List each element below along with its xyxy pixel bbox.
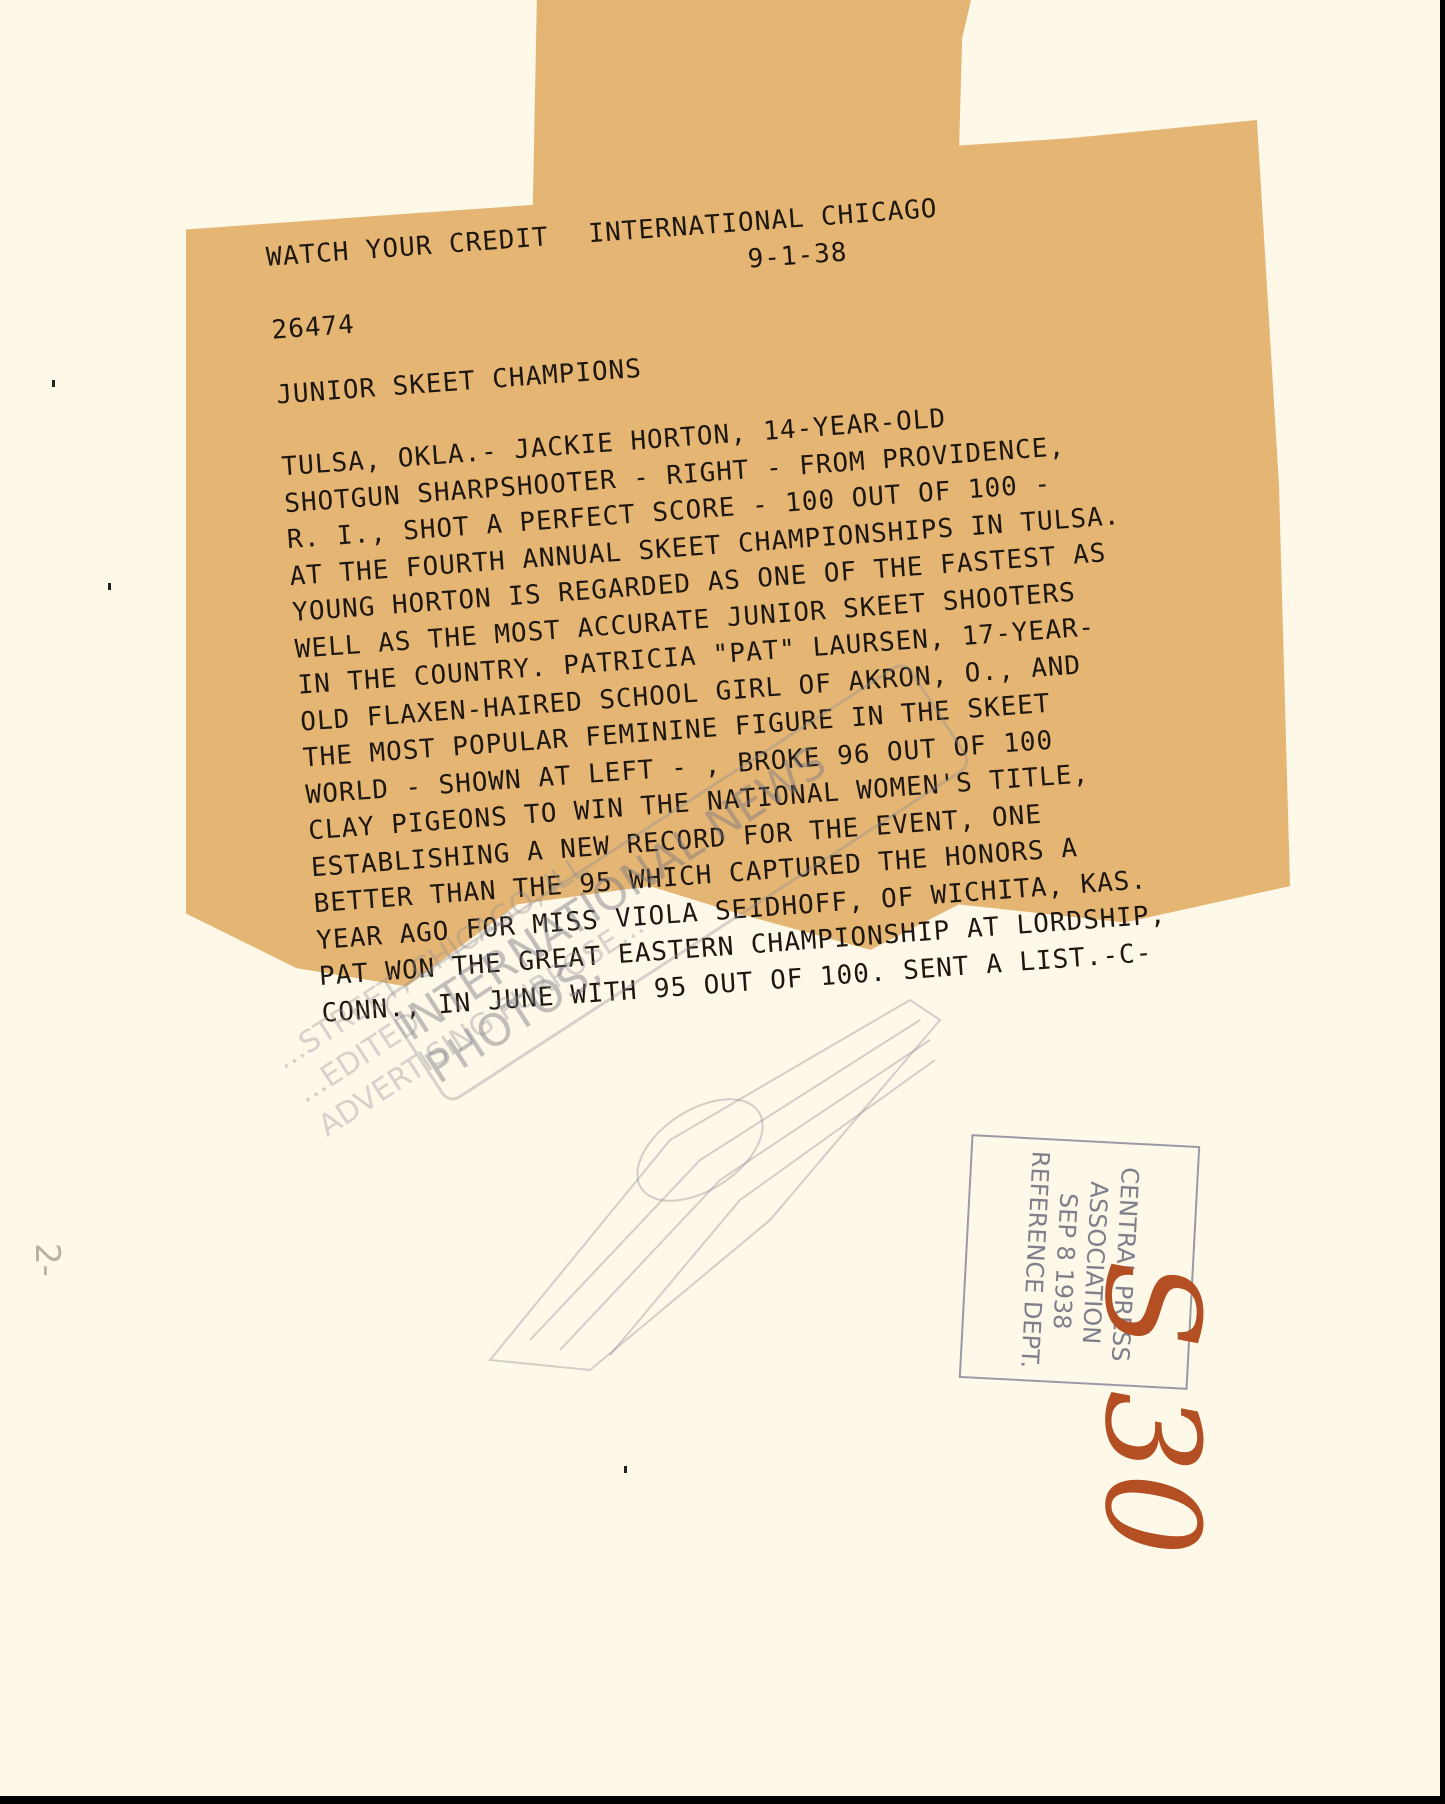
handwritten-red-number: S 30	[1076, 1260, 1228, 1556]
speck	[108, 583, 111, 590]
speck	[52, 380, 55, 387]
pencil-mark: 2-	[27, 1243, 67, 1277]
eagle-emblem-icon	[470, 960, 950, 1380]
speck	[624, 1466, 627, 1473]
caption-text: WATCH YOUR CREDIT INTERNATIONAL CHICAGO …	[265, 167, 1320, 1032]
